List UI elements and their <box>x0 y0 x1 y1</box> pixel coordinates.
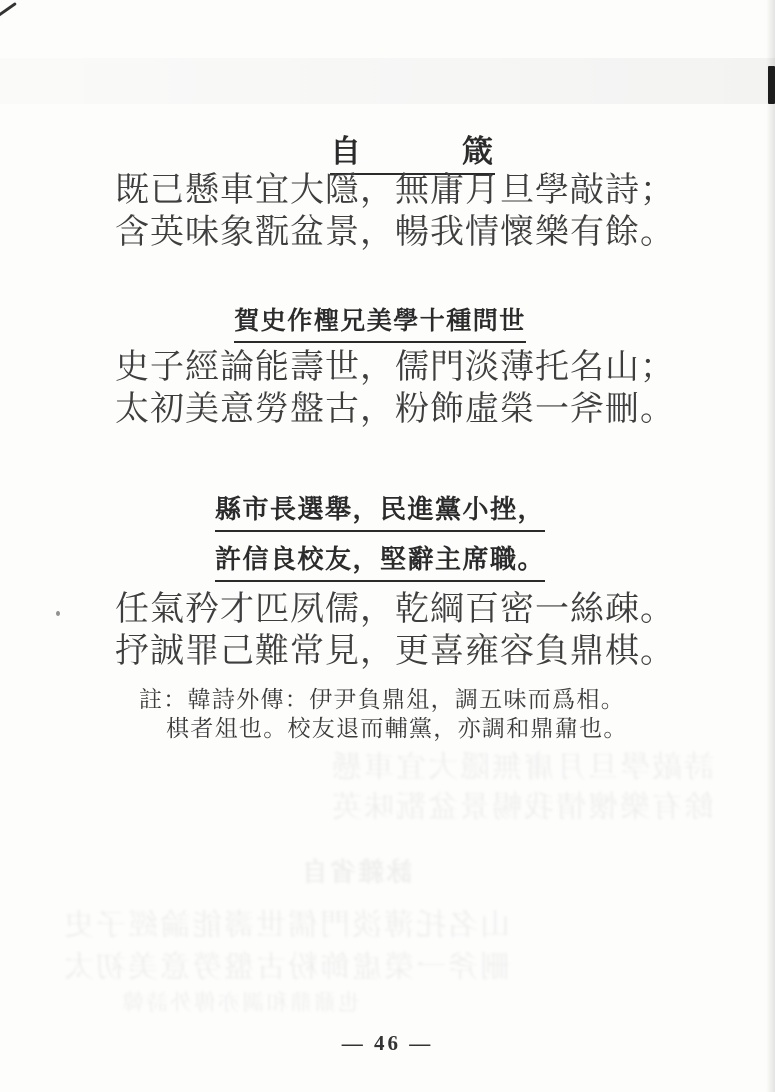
poem-title-election-line1: 縣市長選舉，民進黨小挫， <box>0 489 760 532</box>
scan-shadow-band <box>0 58 775 104</box>
poem-title-text: 賀史作檉兄美學十種問世 <box>234 301 526 343</box>
bleedthrough-line: 詩敲學旦月庸無隱大宜車懸 <box>330 742 714 786</box>
scan-dark-mark-top-left <box>0 2 17 17</box>
poem-title-election-line2: 許信良校友，堅辭主席職。 <box>0 539 760 582</box>
bleedthrough-line: 也鼐鼎和調亦傳外詩韓 <box>120 986 360 1017</box>
scanned-book-page: 詩敲學旦月庸無隱大宜車懸 餘有樂懷情我暢景盆翫味英 詠雜省自 山名托薄淡門儒世壽… <box>0 0 775 1092</box>
bleedthrough-line: 詠雜省自 <box>300 852 412 889</box>
scan-dark-mark-right <box>768 66 775 104</box>
poem-line: 抒誠罪己難常見，更喜雍容負鼎棋。 <box>60 631 730 673</box>
bleedthrough-line: 餘有樂懷情我暢景盆翫味英 <box>330 782 714 826</box>
poem-line: 含英味象翫盆景，暢我情懷樂有餘。 <box>60 212 730 254</box>
annotation-line: 棋者俎也。校友退而輔黨，亦調和鼎鼐也。 <box>166 710 628 743</box>
poem-line: 既已懸車宜大隱，無庸月旦學敲詩； <box>60 170 730 212</box>
poem-line: 任氣矜才匹夙儒，乾綱百密一絲疎。 <box>60 589 730 631</box>
poem-couplet: 既已懸車宜大隱，無庸月旦學敲詩； 含英味象翫盆景，暢我情懷樂有餘。 <box>60 170 730 254</box>
poem-line: 太初美意勞盤古，粉飾虛榮一斧刪。 <box>60 389 730 431</box>
poem-title-he-shizuocheng: 賀史作檉兄美學十種問世 <box>0 301 760 343</box>
bleedthrough-line: 刪斧一榮虛飾粉古盤勞意美初太 <box>62 942 510 986</box>
bleedthrough-line: 山名托薄淡門儒世壽能論經子史 <box>62 900 510 944</box>
poem-couplet: 任氣矜才匹夙儒，乾綱百密一絲疎。 抒誠罪己難常見，更喜雍容負鼎棋。 <box>60 589 730 673</box>
poem-line: 史子經論能壽世，儒門淡薄托名山； <box>60 347 730 389</box>
poem-title-text: 自 箴 <box>330 126 495 175</box>
poem-title-text: 縣市長選舉，民進黨小挫， <box>215 489 545 532</box>
page-number: — 46 — <box>0 1031 775 1056</box>
poem-title-zizhen: 自 箴 <box>50 126 775 175</box>
poem-couplet: 史子經論能壽世，儒門淡薄托名山； 太初美意勞盤古，粉飾虛榮一斧刪。 <box>60 347 730 431</box>
poem-title-text: 許信良校友，堅辭主席職。 <box>215 539 545 582</box>
